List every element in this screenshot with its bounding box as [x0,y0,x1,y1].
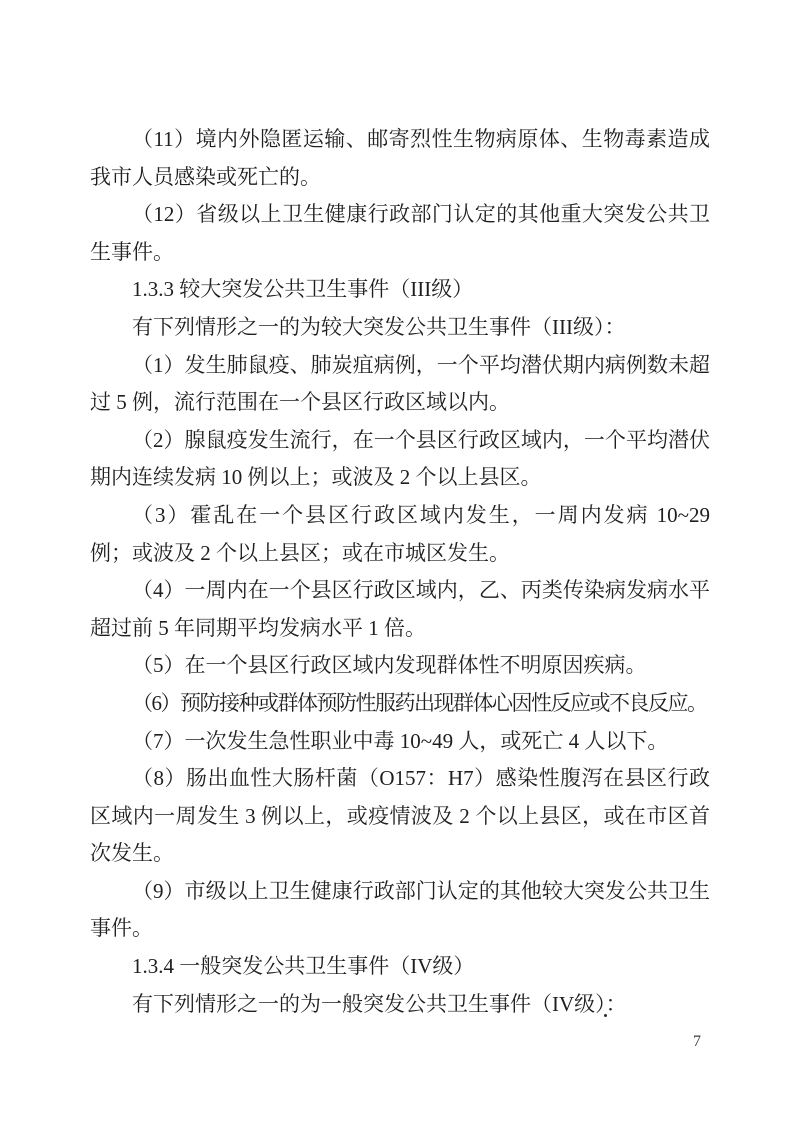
paragraph-item-6: （6）预防接种或群体预防性服药出现群体心因性反应或不良反应。 [90,685,710,723]
paragraph-item-7: （7）一次发生急性职业中毒 10~49 人，或死亡 4 人以下。 [90,723,710,761]
paragraph-item-8: （8）肠出血性大肠杆菌（O157：H7）感染性腹泻在县区行政区域内一周发生 3 … [90,760,710,873]
paragraph-item-12: （12）省级以上卫生健康行政部门认定的其他重大突发公共卫生事件。 [90,196,710,271]
paragraph-item-2: （2）腺鼠疫发生流行，在一个县区行政区域内，一个平均潜伏期内连续发病 10 例以… [90,422,710,497]
paragraph-item-5: （5）在一个县区行政区域内发现群体性不明原因疾病。 [90,647,710,685]
paragraph-item-11: （11）境内外隐匿运输、邮寄烈性生物病原体、生物毒素造成我市人员感染或死亡的。 [90,121,710,196]
paragraph-item-1: （1）发生肺鼠疫、肺炭疽病例，一个平均潜伏期内病例数未超过 5 例，流行范围在一… [90,347,710,422]
document-page: （11）境内外隐匿运输、邮寄烈性生物病原体、生物毒素造成我市人员感染或死亡的。 … [0,0,794,1122]
document-body: （11）境内外隐匿运输、邮寄烈性生物病原体、生物毒素造成我市人员感染或死亡的。 … [90,121,710,1023]
section-heading-1-3-4: 1.3.4 一般突发公共卫生事件（IV级） [90,948,710,986]
page-number: 7 [673,1032,721,1052]
paragraph-intro-iv: 有下列情形之一的为一般突发公共卫生事件（IV级）： [90,986,710,1024]
paragraph-item-3: （3）霍乱在一个县区行政区域内发生，一周内发病 10~29 例；或波及 2 个以… [90,497,710,572]
paragraph-item-4: （4）一周内在一个县区行政区域内，乙、丙类传染病发病水平超过前 5 年同期平均发… [90,572,710,647]
scan-speckle-dot [604,1014,607,1017]
paragraph-item-9: （9）市级以上卫生健康行政部门认定的其他较大突发公共卫生事件。 [90,873,710,948]
paragraph-intro-iii: 有下列情形之一的为较大突发公共卫生事件（III级）： [90,309,710,347]
section-heading-1-3-3: 1.3.3 较大突发公共卫生事件（III级） [90,271,710,309]
